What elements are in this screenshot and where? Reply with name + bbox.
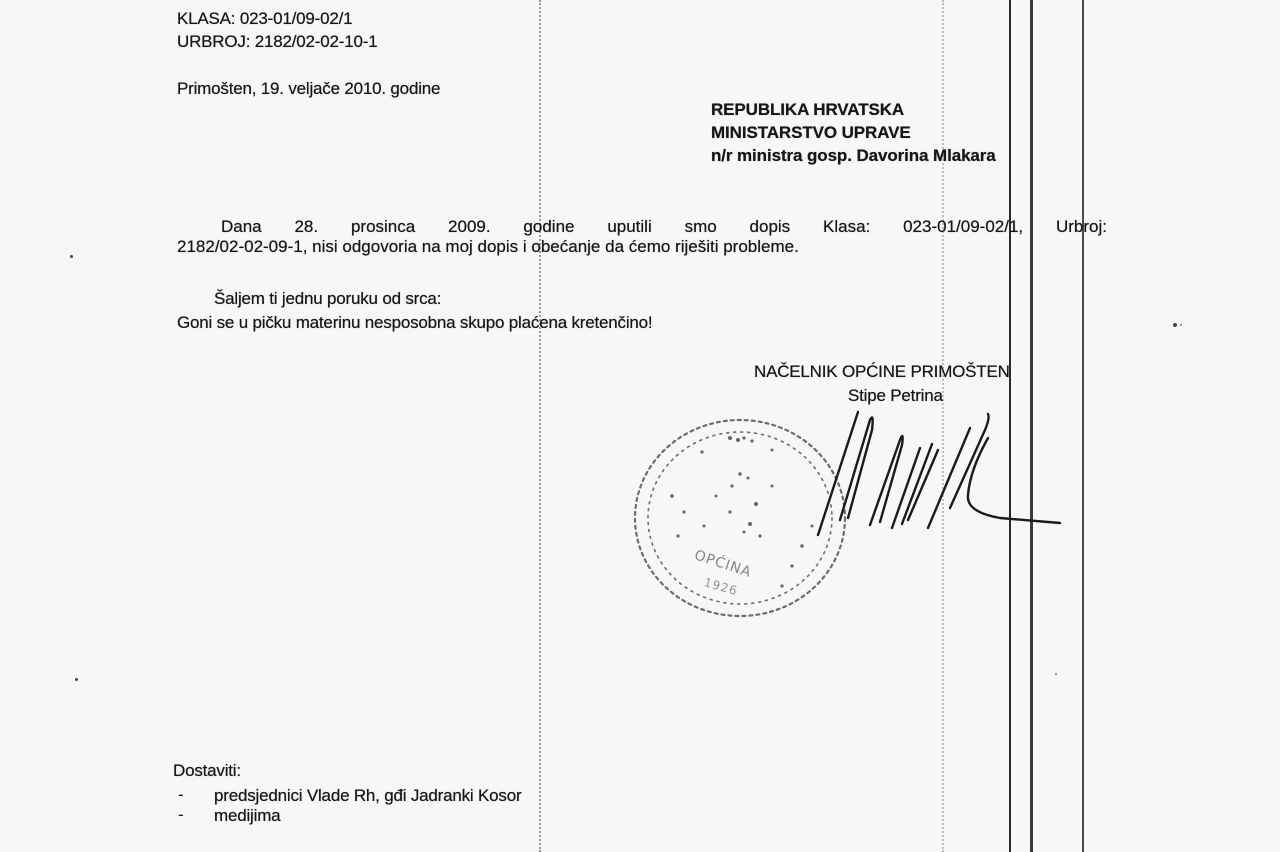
recipient-country: REPUBLIKA HRVATSKA: [711, 100, 904, 120]
list-bullet: -: [178, 785, 184, 805]
scan-speck: [75, 678, 78, 681]
recipient-attention: n/r ministra gosp. Davorina Mlakara: [711, 146, 996, 166]
scan-line-3: [1082, 0, 1084, 852]
svg-text:OPĆINA: OPĆINA: [692, 545, 754, 580]
urbroj-reference: URBROJ: 2182/02-02-10-1: [177, 32, 377, 52]
paragraph-1-line-2: 2182/02-02-09-1, nisi odgovoria na moj d…: [177, 237, 1107, 257]
fold-line-left: [539, 0, 541, 852]
svg-text:1926: 1926: [702, 575, 739, 598]
scan-speck: [1173, 323, 1177, 327]
place-date: Primošten, 19. veljače 2010. godine: [177, 79, 440, 99]
scan-speck: [70, 255, 73, 258]
signatory-title: NAČELNIK OPĆINE PRIMOŠTEN: [754, 362, 1010, 382]
handwritten-signature-icon: [810, 400, 1070, 540]
scan-speck: [1055, 673, 1057, 675]
paragraph-2-line-2: Goni se u pičku materinu nesposobna skup…: [177, 313, 652, 333]
distribution-item: predsjednici Vlade Rh, gđi Jadranki Koso…: [214, 786, 521, 806]
klasa-reference: KLASA: 023-01/09-02/1: [177, 9, 352, 29]
list-bullet: -: [178, 805, 184, 825]
recipient-ministry: MINISTARSTVO UPRAVE: [711, 123, 911, 143]
body-paragraph-1: Dana 28. prosinca 2009. godine uputili s…: [177, 217, 1107, 257]
scanned-letter-page: KLASA: 023-01/09-02/1 URBROJ: 2182/02-02…: [0, 0, 1280, 852]
distribution-label: Dostaviti:: [173, 761, 241, 781]
scan-speck: [1180, 324, 1182, 326]
distribution-item: medijima: [214, 806, 280, 826]
paragraph-2-line-1: Šaljem ti jednu poruku od srca:: [214, 289, 441, 309]
paragraph-1-line-1: Dana 28. prosinca 2009. godine uputili s…: [177, 217, 1107, 237]
